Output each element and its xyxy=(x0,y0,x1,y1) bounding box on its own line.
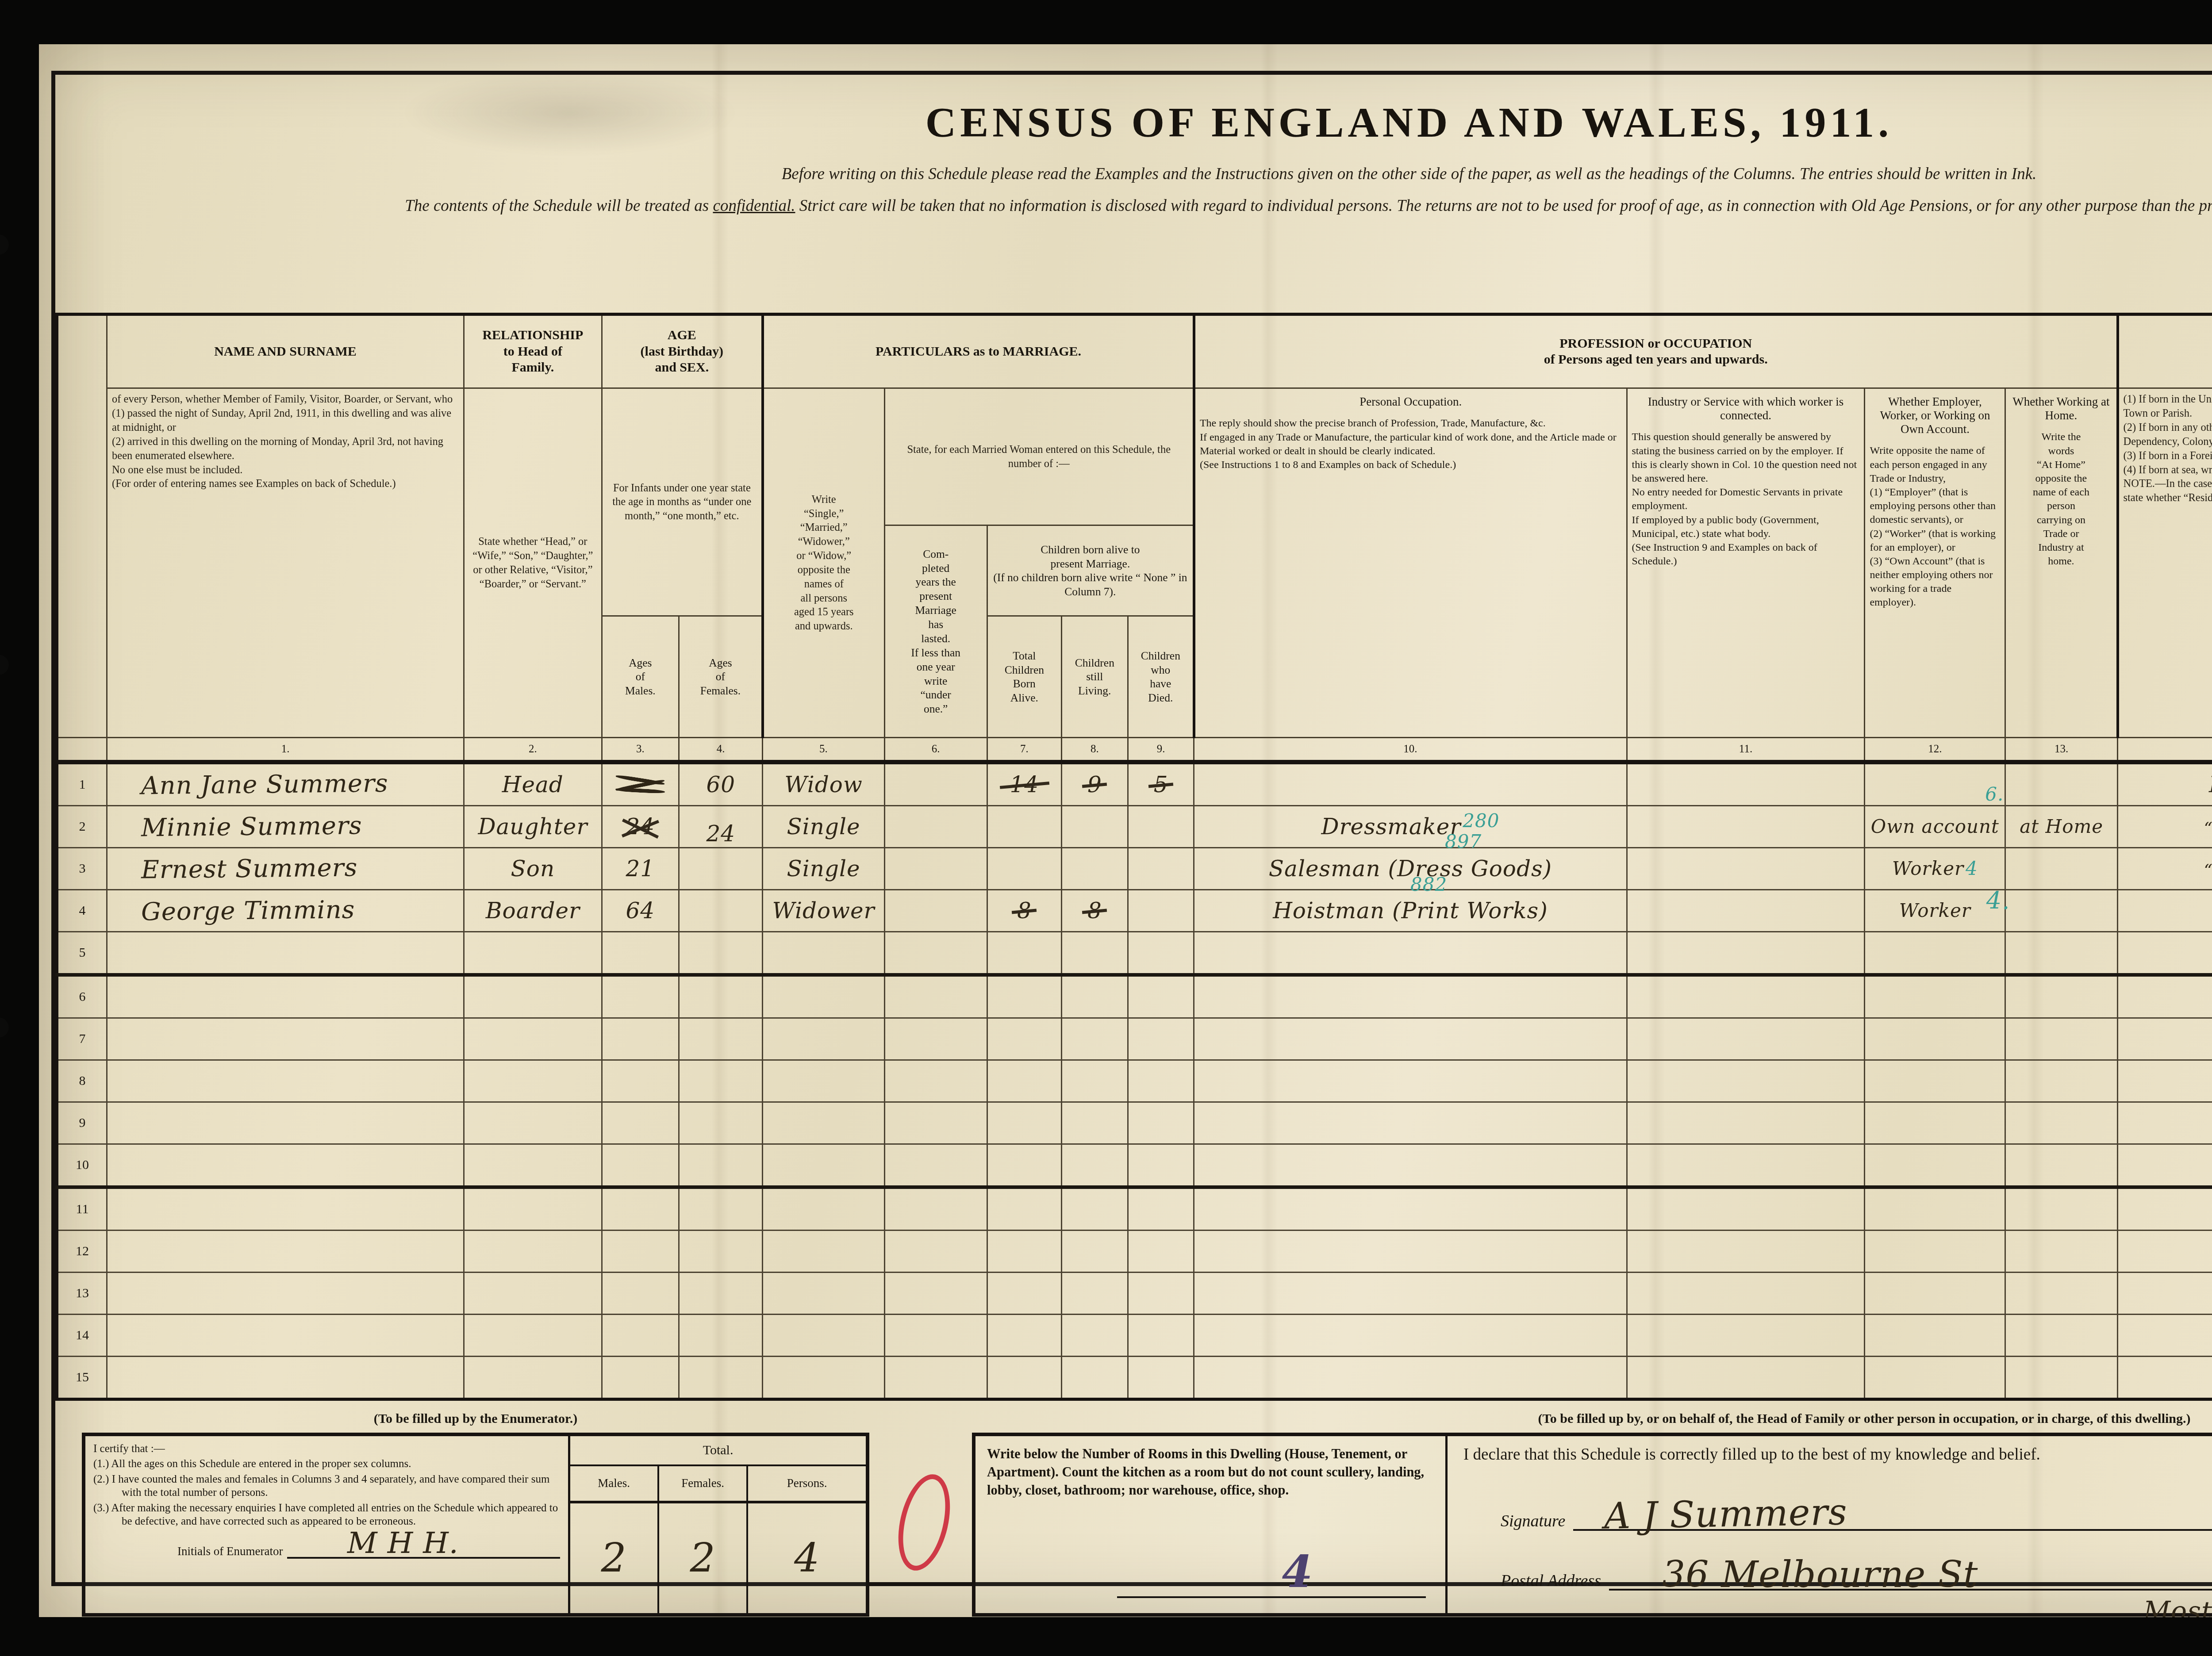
employment-code-teal: 4 xyxy=(1966,858,1978,879)
females-total: 2 xyxy=(690,1535,715,1581)
colnum-1: 1. xyxy=(107,738,464,762)
table-row-empty: 14 xyxy=(57,1314,2212,1356)
householder-box: Write below the Number of Rooms in this … xyxy=(972,1433,2212,1617)
declaration-text: I declare that this Schedule is correctl… xyxy=(1463,1445,2212,1464)
col-industry: Industry or Service with which worker is… xyxy=(1627,388,1865,738)
cell-children-living: 9 xyxy=(1061,762,1128,806)
cell-name: Ernest Summers xyxy=(107,847,464,889)
cell-industry xyxy=(1627,805,1865,847)
col-head-birthplace: BIRTHPLACE of every person. xyxy=(2118,314,2212,388)
row-number: 10 xyxy=(57,1144,107,1187)
colnum-11: 11. xyxy=(1627,738,1865,762)
enumerator-box: I certify that :— (1.) All the ages on t… xyxy=(82,1433,869,1617)
cell-years-married xyxy=(884,805,987,847)
cell-employment: Worker4. xyxy=(1865,889,2005,931)
males-total: 2 xyxy=(601,1535,627,1581)
sub-died: Children who have Died. xyxy=(1128,616,1194,738)
personal-occupation-title: Personal Occupation. xyxy=(1200,395,1622,409)
crossed-out-entry xyxy=(614,769,667,797)
colnum-6: 6. xyxy=(884,738,987,762)
cell-birthplace: Lanc Salford065 xyxy=(2118,762,2212,806)
table-row: 4 George Timmins Boarder 64 Widower 8 8 … xyxy=(57,889,2212,931)
initials-label: Initials of Enumerator xyxy=(177,1544,283,1559)
cell-employment: Worker 4 xyxy=(1865,847,2005,889)
cell-condition: Single xyxy=(763,805,884,847)
cell-employment: Own account6. xyxy=(1865,805,2005,847)
table-row: 1 Ann Jane Summers Head 60 Widow 14 9 5 xyxy=(57,762,2212,806)
cell-years-married xyxy=(884,847,987,889)
cell-condition: Widow xyxy=(763,762,884,806)
cell-industry xyxy=(1627,762,1865,806)
cell-occupation: Dressmaker 280 xyxy=(1194,805,1627,847)
cell-children-born xyxy=(987,805,1061,847)
confidential-notice: The contents of the Schedule will be tre… xyxy=(137,194,2212,218)
enumerator-initials: M H H. xyxy=(347,1526,459,1561)
cell-birthplace: “Manchester xyxy=(2118,847,2212,889)
row-number: 11 xyxy=(57,1187,107,1230)
cell-industry xyxy=(1627,889,1865,931)
table-row-empty: 6 xyxy=(57,975,2212,1018)
cell-name: George Timmins xyxy=(107,889,464,931)
cell-children-born: 14 xyxy=(987,762,1061,806)
sub-children-group: Children born alive to present Marriage.… xyxy=(987,525,1194,616)
red-zero-mark xyxy=(890,1469,958,1576)
row-number: 15 xyxy=(57,1356,107,1399)
form-header: CENSUS OF ENGLAND AND WALES, 1911. Befor… xyxy=(55,75,2212,309)
cell-at-home xyxy=(2005,762,2118,806)
cell-age-female: 60 xyxy=(679,762,763,806)
total-label: Total. xyxy=(570,1436,866,1466)
cell-occupation: Hoistman (Print Works)882 xyxy=(1194,889,1627,931)
col-head-relationship: RELATIONSHIP to Head of Family. xyxy=(464,314,602,388)
colnum-7: 7. xyxy=(987,738,1061,762)
row-number: 9 xyxy=(57,1102,107,1144)
colnum-10: 10. xyxy=(1194,738,1627,762)
cell-age-female xyxy=(679,847,763,889)
cell-relationship: Boarder xyxy=(464,889,602,931)
householder-section: (To be filled up by, or on behalf of, th… xyxy=(972,1411,2212,1617)
form-frame: CENSUS OF ENGLAND AND WALES, 1911. Befor… xyxy=(51,71,2212,1586)
enumerator-section: (To be filled up by the Enumerator.) I c… xyxy=(82,1411,869,1617)
cell-at-home xyxy=(2005,889,2118,931)
initials-rule: M H H. xyxy=(287,1537,560,1559)
employer-worker-desc: Write opposite the name of each person e… xyxy=(1870,444,2000,609)
at-home-title: Whether Working at Home. xyxy=(2010,395,2112,422)
cell-age-male: 24 xyxy=(602,805,679,847)
sub-ages-males: Ages of Males. xyxy=(602,616,679,738)
householder-section-label: (To be filled up by, or on behalf of, th… xyxy=(972,1411,2212,1426)
col-employer-worker: Whether Employer, Worker, or Working on … xyxy=(1865,388,2005,738)
enumerator-section-label: (To be filled up by the Enumerator.) xyxy=(82,1411,869,1426)
desc-birthplace: (1) If born in the United Kingdom, write… xyxy=(2118,388,2212,738)
row-number: 1 xyxy=(57,762,107,806)
table-row-empty: 7 xyxy=(57,1018,2212,1060)
row-number: 3 xyxy=(57,847,107,889)
cell-years-married xyxy=(884,762,987,806)
sub-years-married: Com- pleted years the present Marriage h… xyxy=(884,525,987,738)
table-row-empty: 9 xyxy=(57,1102,2212,1144)
sub-ages-females: Ages of Females. xyxy=(679,616,763,738)
colnum-13: 13. xyxy=(2005,738,2118,762)
certify-item-3: (3.) After making the necessary enquirie… xyxy=(93,1502,560,1529)
cell-age-male: 21 xyxy=(602,847,679,889)
cell-children-died: 5 xyxy=(1128,762,1194,806)
females-label: Females. xyxy=(659,1466,746,1503)
males-label: Males. xyxy=(570,1466,657,1503)
cell-at-home xyxy=(2005,847,2118,889)
row-number: 12 xyxy=(57,1230,107,1272)
cell-industry xyxy=(1627,847,1865,889)
colnum-3: 3. xyxy=(602,738,679,762)
table-row-empty: 8 xyxy=(57,1060,2212,1102)
desc-marital-condition: Write “Single,” “Married,” “Widower,” or… xyxy=(763,388,884,738)
punch-hole xyxy=(0,1017,9,1038)
personal-occupation-desc: The reply should show the precise branch… xyxy=(1200,417,1622,472)
industry-desc: This question should generally be answer… xyxy=(1632,430,1860,568)
cell-condition: Single xyxy=(763,847,884,889)
row-number-column-head xyxy=(57,314,107,738)
ditto-mark: “ xyxy=(2204,861,2212,880)
cell-birthplace: “Manchester xyxy=(2118,805,2212,847)
at-home-desc: Write the words “At Home” opposite the n… xyxy=(2010,430,2112,568)
occupation-code-teal: 882 xyxy=(1410,874,1447,895)
row-number: 4 xyxy=(57,889,107,931)
row-number: 13 xyxy=(57,1272,107,1314)
colnum-9: 9. xyxy=(1128,738,1194,762)
table-row-empty: 5 xyxy=(57,931,2212,975)
colnum-12: 12. xyxy=(1865,738,2005,762)
cell-age-female xyxy=(679,889,763,931)
desc-relationship: State whether “Head,” or “Wife,” “Son,” … xyxy=(464,388,602,738)
cell-condition: Widower xyxy=(763,889,884,931)
postal-address-value: 36 Melbourne St xyxy=(1662,1554,1978,1596)
table-row: 3 Ernest Summers Son 21 Single Salesman … xyxy=(57,847,2212,889)
table-row-empty: 10 xyxy=(57,1144,2212,1187)
rooms-value: 4 xyxy=(1282,1542,1313,1602)
row-number: 8 xyxy=(57,1060,107,1102)
employment-code-teal: 6. xyxy=(1985,783,2004,805)
signature-rule: A J Summers xyxy=(1573,1524,2212,1531)
cell-age-male: 64 xyxy=(602,889,679,931)
industry-title: Industry or Service with which worker is… xyxy=(1632,395,1860,422)
census-table: NAME AND SURNAME RELATIONSHIP to Head of… xyxy=(55,313,2212,1401)
cell-children-living xyxy=(1061,805,1128,847)
certify-item-2: (2.) I have counted the males and female… xyxy=(93,1473,560,1500)
confidential-pre: The contents of the Schedule will be tre… xyxy=(405,197,713,215)
postal-address-label: Postal Address xyxy=(1501,1571,1601,1591)
colnum-4: 4. xyxy=(679,738,763,762)
postal-address-rule: 36 Melbourne St Moston xyxy=(1609,1583,2212,1591)
cell-name: Ann Jane Summers xyxy=(107,762,464,806)
census-paper: CENSUS OF ENGLAND AND WALES, 1911. Befor… xyxy=(39,44,2212,1617)
col-head-marriage: PARTICULARS as to MARRIAGE. xyxy=(763,314,1194,388)
cell-employment xyxy=(1865,762,2005,806)
cell-name: Minnie Summers xyxy=(107,805,464,847)
col-working-at-home: Whether Working at Home. Write the words… xyxy=(2005,388,2118,738)
col-head-name: NAME AND SURNAME xyxy=(107,314,464,388)
confidential-post: Strict care will be taken that no inform… xyxy=(795,197,2212,215)
row-number: 2 xyxy=(57,805,107,847)
rooms-instructions: Write below the Number of Rooms in this … xyxy=(987,1446,1424,1498)
colnum-5: 5. xyxy=(763,738,884,762)
desc-name: of every Person, whether Member of Famil… xyxy=(107,388,464,738)
cell-children-born xyxy=(987,847,1061,889)
col-head-profession: PROFESSION or OCCUPATION of Persons aged… xyxy=(1194,314,2118,388)
punch-hole xyxy=(0,655,9,675)
cell-children-born: 8 xyxy=(987,889,1061,931)
occupation-code-teal: 280 xyxy=(1463,810,1499,832)
row-number: 6 xyxy=(57,975,107,1018)
cell-children-died xyxy=(1128,847,1194,889)
signature-value: A J Summers xyxy=(1604,1491,1848,1537)
certify-intro: I certify that :— xyxy=(93,1442,560,1456)
col-head-age: AGE (last Birthday) and SEX. xyxy=(602,314,763,388)
employer-worker-title: Whether Employer, Worker, or Working on … xyxy=(1870,395,2000,436)
table-row-empty: 15 xyxy=(57,1356,2212,1399)
sub-born-alive: Total Children Born Alive. xyxy=(987,616,1061,738)
table-row-empty: 12 xyxy=(57,1230,2212,1272)
certify-item-1: (1.) All the ages on this Schedule are e… xyxy=(93,1457,560,1471)
cell-age-male xyxy=(602,762,679,806)
page-title: CENSUS OF ENGLAND AND WALES, 1911. xyxy=(55,75,2212,147)
table-row: 2 Minnie Summers Daughter 24 24 Single D… xyxy=(57,805,2212,847)
occupation-code-teal: 897 xyxy=(1445,831,1482,852)
postal-address-value-2: Moston xyxy=(2143,1596,2212,1617)
row-number: 14 xyxy=(57,1314,107,1356)
table-row-empty: 11 xyxy=(57,1187,2212,1230)
cell-years-married xyxy=(884,889,987,931)
ditto-mark: “ xyxy=(2204,819,2212,838)
cell-birthplace: “Blackpool xyxy=(2118,889,2212,931)
signature-label: Signature xyxy=(1501,1511,1565,1531)
confidential-word: confidential. xyxy=(713,197,795,215)
cell-children-died xyxy=(1128,889,1194,931)
census-schedule-scan: CENSUS OF ENGLAND AND WALES, 1911. Befor… xyxy=(0,0,2212,1656)
sub-still-living: Children still Living. xyxy=(1061,616,1128,738)
punch-hole xyxy=(0,234,9,255)
persons-label: Persons. xyxy=(748,1466,866,1503)
rooms-cell: Write below the Number of Rooms in this … xyxy=(975,1436,1448,1613)
colnum-2: 2. xyxy=(464,738,602,762)
bottom-section: (To be filled up by the Enumerator.) I c… xyxy=(82,1411,2212,1617)
cell-age-female: 24 xyxy=(679,805,763,847)
row-number: 7 xyxy=(57,1018,107,1060)
cell-relationship: Head xyxy=(464,762,602,806)
row-number: 5 xyxy=(57,931,107,975)
cell-at-home: at Home xyxy=(2005,805,2118,847)
persons-total: 4 xyxy=(794,1535,820,1581)
cell-occupation xyxy=(1194,762,1627,806)
colnum-14: 14. xyxy=(2118,738,2212,762)
col-personal-occupation: Personal Occupation. The reply should sh… xyxy=(1194,388,1627,738)
cell-children-died xyxy=(1128,805,1194,847)
intro-instructions: Before writing on this Schedule please r… xyxy=(55,165,2212,184)
column-number-strip: 1. 2. 3. 4. 5. 6. 7. 8. 9. 10. 11. 12. 1… xyxy=(57,738,2212,762)
cell-relationship: Daughter xyxy=(464,805,602,847)
desc-married-woman: State, for each Married Woman entered on… xyxy=(884,388,1194,525)
cell-children-living: 8 xyxy=(1061,889,1128,931)
rooms-rule xyxy=(1117,1596,1426,1598)
cell-relationship: Son xyxy=(464,847,602,889)
desc-age-infants: For Infants under one year state the age… xyxy=(602,388,763,616)
cell-children-living xyxy=(1061,847,1128,889)
colnum-8: 8. xyxy=(1061,738,1128,762)
table-row-empty: 13 xyxy=(57,1272,2212,1314)
